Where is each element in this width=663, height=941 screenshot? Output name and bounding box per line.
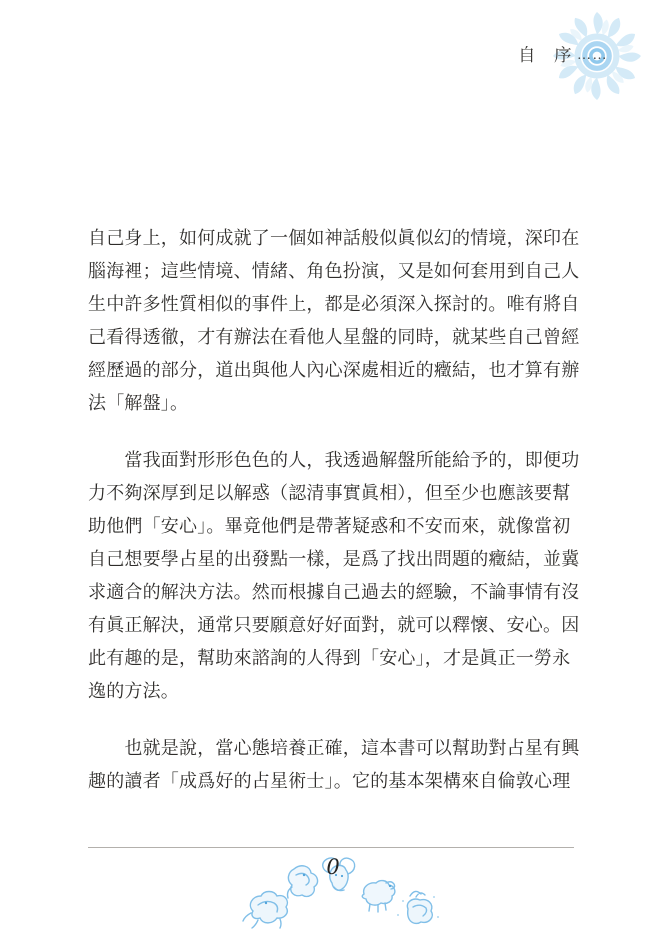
- footer-divider: [88, 847, 574, 848]
- body-text-line: 也就是說，當心態培養正確，這本書可以幫助對占星有興: [88, 732, 582, 765]
- body-text-line: 求適合的解決方法。然而根據自己過去的經驗，不論事情有沒: [88, 576, 582, 609]
- body-text-line: 生中許多性質相似的事件上，都是必須深入探討的。唯有將自: [88, 288, 582, 321]
- body-text-line: 力不夠深厚到足以解惑（認清事實眞相），但至少也應該要幫: [88, 477, 582, 510]
- body-text-line: 有眞正解決，通常只要願意好好面對，就可以釋懷、安心。因: [88, 609, 582, 642]
- zodiac-sketch-2: [288, 866, 318, 898]
- body-text-line: 自己身上，如何成就了一個如神話般似眞似幻的情境，深印在: [88, 222, 582, 255]
- zodiac-sketch-1: [243, 892, 287, 929]
- body-text-line: 經歷過的部分，道出與他人內心深處相近的癥結，也才算有辦: [88, 354, 582, 387]
- page-header: 自 序 ……: [518, 44, 608, 66]
- body-text-line: 此有趣的是，幫助來諮詢的人得到「安心」，才是眞正一勞永: [88, 642, 582, 675]
- chapter-title: 自 序: [518, 44, 572, 66]
- zodiac-sketch-5: [397, 891, 439, 923]
- header-leader-dots: ……: [577, 46, 608, 66]
- body-text-line: 己看得透徹，才有辦法在看他人星盤的同時，就某些自己曾經: [88, 321, 582, 354]
- body-text-line: 趣的讀者「成爲好的占星術士」。它的基本架構來自倫敦心理: [88, 765, 582, 798]
- body-text-line: 自己想要學占星的出發點一樣，是爲了找出問題的癥結，並冀: [88, 543, 582, 576]
- body-text-line: 助他們「安心」。畢竟他們是帶著疑惑和不安而來，就像當初: [88, 510, 582, 543]
- book-page: 自 序 …… 自己身上，如何成就了一個如神話般似眞似幻的情境，深印在 腦海裡；這…: [0, 0, 663, 941]
- page-number: 0: [319, 855, 347, 879]
- body-text-line: 法「解盤」。: [88, 387, 582, 420]
- body-text-line: 當我面對形形色色的人，我透過解盤所能給予的，即便功: [88, 444, 582, 477]
- body-text: 自己身上，如何成就了一個如神話般似眞似幻的情境，深印在 腦海裡；這些情境、情緒、…: [88, 222, 582, 798]
- body-text-line: 腦海裡；這些情境、情緒、角色扮演，又是如何套用到自己人: [88, 255, 582, 288]
- zodiac-sketch-4: [362, 881, 395, 912]
- body-text-line: 逸的方法。: [88, 675, 582, 708]
